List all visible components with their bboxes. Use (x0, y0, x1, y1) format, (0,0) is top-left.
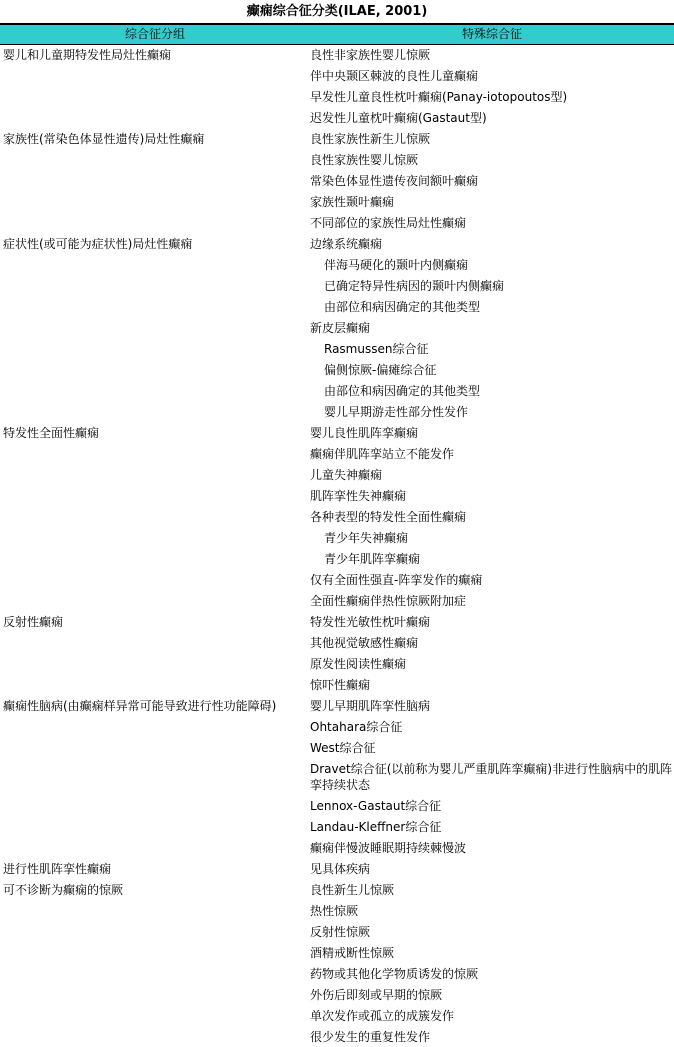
table-row: 已确定特异性病因的颞叶内侧癫痫 (0, 276, 674, 297)
syndrome-cell: 其他视觉敏感性癫痫 (310, 633, 674, 654)
table-row: 惊吓性癫痫 (0, 675, 674, 696)
syndrome-cell: 反射性惊厥 (310, 922, 674, 943)
table-row: 常染色体显性遗传夜间额叶癫痫 (0, 171, 674, 192)
syndrome-group-cell (0, 654, 310, 675)
table-row: 其他视觉敏感性癫痫 (0, 633, 674, 654)
table-row: 肌阵挛性失神癫痫 (0, 486, 674, 507)
syndrome-cell: 良性家族性新生儿惊厥 (310, 129, 674, 150)
table-row: 由部位和病因确定的其他类型 (0, 381, 674, 402)
syndrome-cell: 不同部位的家族性局灶性癫痫 (310, 213, 674, 234)
syndrome-cell: West综合征 (310, 738, 674, 759)
syndrome-group-cell: 反射性癫痫 (0, 612, 310, 633)
syndrome-group-cell (0, 570, 310, 591)
syndrome-cell: 热性惊厥 (310, 901, 674, 922)
table-row: 家族性(常染色体显性遗传)局灶性癫痫良性家族性新生儿惊厥 (0, 129, 674, 150)
syndrome-cell: Lennox-Gastaut综合征 (310, 796, 674, 817)
table-row: 癫痫伴慢波睡眠期持续棘慢波 (0, 838, 674, 859)
table-row: 各种表型的特发性全面性癫痫 (0, 507, 674, 528)
syndrome-group-cell (0, 964, 310, 985)
table-row: Landau-Kleffner综合征 (0, 817, 674, 838)
table-row: Ohtahara综合征 (0, 717, 674, 738)
syndrome-group-cell (0, 297, 310, 318)
syndrome-group-cell (0, 985, 310, 1006)
syndrome-group-cell (0, 381, 310, 402)
table-header: 综合征分组 特殊综合征 (0, 25, 674, 45)
syndrome-group-cell (0, 738, 310, 759)
syndrome-group-cell: 特发性全面性癫痫 (0, 423, 310, 444)
table-row: 婴儿早期游走性部分性发作 (0, 402, 674, 423)
table-row: 偏侧惊厥-偏瘫综合征 (0, 360, 674, 381)
table-row: 很少发生的重复性发作 (0, 1027, 674, 1047)
syndrome-cell: Dravet综合征(以前称为婴儿严重肌阵挛癫痫)非进行性脑病中的肌阵挛持续状态 (310, 761, 674, 793)
syndrome-cell: 药物或其他化学物质诱发的惊厥 (310, 964, 674, 985)
syndrome-group-cell (0, 796, 310, 817)
syndrome-group-cell (0, 276, 310, 297)
syndrome-group-cell (0, 444, 310, 465)
syndrome-cell: 早发性儿童良性枕叶癫痫(Panay-iotopoutos型) (310, 87, 674, 108)
syndrome-cell: Ohtahara综合征 (310, 717, 674, 738)
syndrome-group-cell (0, 465, 310, 486)
table-row: 儿童失神癫痫 (0, 465, 674, 486)
syndrome-cell: 儿童失神癫痫 (310, 465, 674, 486)
syndrome-group-cell (0, 761, 310, 793)
syndrome-group-cell: 家族性(常染色体显性遗传)局灶性癫痫 (0, 129, 310, 150)
syndrome-cell: 仅有全面性强直-阵挛发作的癫痫 (310, 570, 674, 591)
table-row: 外伤后即刻或早期的惊厥 (0, 985, 674, 1006)
syndrome-group-cell (0, 817, 310, 838)
table-row: 仅有全面性强直-阵挛发作的癫痫 (0, 570, 674, 591)
table-row: 进行性肌阵挛性癫痫见具体疾病 (0, 859, 674, 880)
syndrome-cell: 单次发作或孤立的成簇发作 (310, 1006, 674, 1027)
syndrome-group-cell (0, 318, 310, 339)
table-row: Rasmussen综合征 (0, 339, 674, 360)
table-row: 酒精戒断性惊厥 (0, 943, 674, 964)
syndrome-cell: 新皮层癫痫 (310, 318, 674, 339)
syndrome-cell: 癫痫伴肌阵挛站立不能发作 (310, 444, 674, 465)
syndrome-cell: 酒精戒断性惊厥 (310, 943, 674, 964)
syndrome-cell: 很少发生的重复性发作 (310, 1027, 674, 1047)
table-title: 癫痫综合征分类(ILAE, 2001) (0, 0, 674, 23)
syndrome-group-cell (0, 943, 310, 964)
table-row: 反射性惊厥 (0, 922, 674, 943)
table-row: 早发性儿童良性枕叶癫痫(Panay-iotopoutos型) (0, 87, 674, 108)
table-row: 反射性癫痫特发性光敏性枕叶癫痫 (0, 612, 674, 633)
syndrome-group-cell (0, 838, 310, 859)
syndrome-cell: 迟发性儿童枕叶癫痫(Gastaut型) (310, 108, 674, 129)
syndrome-group-cell (0, 1027, 310, 1047)
table-row: 伴中央颞区棘波的良性儿童癫痫 (0, 66, 674, 87)
syndrome-group-cell (0, 675, 310, 696)
table-row: 药物或其他化学物质诱发的惊厥 (0, 964, 674, 985)
syndrome-group-cell (0, 87, 310, 108)
syndrome-cell: 青少年肌阵挛癫痫 (310, 549, 674, 570)
syndrome-group-cell (0, 66, 310, 87)
syndrome-group-cell (0, 591, 310, 612)
syndrome-cell: 已确定特异性病因的颞叶内侧癫痫 (310, 276, 674, 297)
table-row: 新皮层癫痫 (0, 318, 674, 339)
syndrome-cell: 全面性癫痫伴热性惊厥附加症 (310, 591, 674, 612)
syndrome-group-cell (0, 901, 310, 922)
syndrome-group-cell (0, 213, 310, 234)
syndrome-cell: 良性非家族性婴儿惊厥 (310, 45, 674, 66)
syndrome-cell: 婴儿良性肌阵挛癫痫 (310, 423, 674, 444)
syndrome-cell: Landau-Kleffner综合征 (310, 817, 674, 838)
table-row: West综合征 (0, 738, 674, 759)
syndrome-cell: 特发性光敏性枕叶癫痫 (310, 612, 674, 633)
syndrome-cell: 癫痫伴慢波睡眠期持续棘慢波 (310, 838, 674, 859)
table-row: 青少年肌阵挛癫痫 (0, 549, 674, 570)
syndrome-cell: 边缘系统癫痫 (310, 234, 674, 255)
syndrome-cell: 常染色体显性遗传夜间额叶癫痫 (310, 171, 674, 192)
syndrome-group-cell (0, 486, 310, 507)
syndrome-group-cell (0, 360, 310, 381)
syndrome-cell: 各种表型的特发性全面性癫痫 (310, 507, 674, 528)
table-row: 原发性阅读性癫痫 (0, 654, 674, 675)
column-header-syndrome: 特殊综合征 (310, 25, 674, 44)
syndrome-group-cell: 婴儿和儿童期特发性局灶性癫痫 (0, 45, 310, 66)
syndrome-cell: 见具体疾病 (310, 859, 674, 880)
table-body: 婴儿和儿童期特发性局灶性癫痫良性非家族性婴儿惊厥伴中央颞区棘波的良性儿童癫痫早发… (0, 45, 674, 1047)
table-row: 全面性癫痫伴热性惊厥附加症 (0, 591, 674, 612)
syndrome-group-cell (0, 507, 310, 528)
syndrome-cell: 家族性颞叶癫痫 (310, 192, 674, 213)
syndrome-group-cell: 症状性(或可能为症状性)局灶性癫痫 (0, 234, 310, 255)
syndrome-group-cell (0, 633, 310, 654)
table-row: 单次发作或孤立的成簇发作 (0, 1006, 674, 1027)
table-row: 良性家族性婴儿惊厥 (0, 150, 674, 171)
table-row: 可不诊断为癫痫的惊厥良性新生儿惊厥 (0, 880, 674, 901)
syndrome-cell: Rasmussen综合征 (310, 339, 674, 360)
table-row: 家族性颞叶癫痫 (0, 192, 674, 213)
column-header-group: 综合征分组 (0, 25, 310, 44)
table-row: 伴海马硬化的颞叶内侧癫痫 (0, 255, 674, 276)
syndrome-group-cell (0, 339, 310, 360)
syndrome-cell: 由部位和病因确定的其他类型 (310, 381, 674, 402)
syndrome-group-cell (0, 1006, 310, 1027)
table-row: 由部位和病因确定的其他类型 (0, 297, 674, 318)
syndrome-cell: 婴儿早期肌阵挛性脑病 (310, 696, 674, 717)
syndrome-cell: 伴中央颞区棘波的良性儿童癫痫 (310, 66, 674, 87)
syndrome-cell: 婴儿早期游走性部分性发作 (310, 402, 674, 423)
syndrome-cell: 外伤后即刻或早期的惊厥 (310, 985, 674, 1006)
syndrome-group-cell (0, 922, 310, 943)
table-row: 迟发性儿童枕叶癫痫(Gastaut型) (0, 108, 674, 129)
syndrome-cell: 良性新生儿惊厥 (310, 880, 674, 901)
syndrome-cell: 肌阵挛性失神癫痫 (310, 486, 674, 507)
syndrome-cell: 惊吓性癫痫 (310, 675, 674, 696)
table-row: Lennox-Gastaut综合征 (0, 796, 674, 817)
table-row: 癫痫伴肌阵挛站立不能发作 (0, 444, 674, 465)
syndrome-cell: 伴海马硬化的颞叶内侧癫痫 (310, 255, 674, 276)
syndrome-table: 综合征分组 特殊综合征 婴儿和儿童期特发性局灶性癫痫良性非家族性婴儿惊厥伴中央颞… (0, 23, 674, 1047)
table-row: 青少年失神癫痫 (0, 528, 674, 549)
table-row: 婴儿和儿童期特发性局灶性癫痫良性非家族性婴儿惊厥 (0, 45, 674, 66)
syndrome-group-cell (0, 192, 310, 213)
syndrome-group-cell (0, 150, 310, 171)
syndrome-group-cell (0, 171, 310, 192)
table-row: 癫痫性脑病(由癫痫样异常可能导致进行性功能障碍)婴儿早期肌阵挛性脑病 (0, 696, 674, 717)
syndrome-cell: 原发性阅读性癫痫 (310, 654, 674, 675)
syndrome-group-cell: 进行性肌阵挛性癫痫 (0, 859, 310, 880)
syndrome-cell: 由部位和病因确定的其他类型 (310, 297, 674, 318)
syndrome-cell: 良性家族性婴儿惊厥 (310, 150, 674, 171)
table-row: 特发性全面性癫痫婴儿良性肌阵挛癫痫 (0, 423, 674, 444)
table-row: 不同部位的家族性局灶性癫痫 (0, 213, 674, 234)
syndrome-group-cell (0, 549, 310, 570)
syndrome-group-cell (0, 108, 310, 129)
syndrome-group-cell (0, 528, 310, 549)
syndrome-group-cell (0, 402, 310, 423)
syndrome-group-cell: 癫痫性脑病(由癫痫样异常可能导致进行性功能障碍) (0, 696, 310, 717)
table-row: Dravet综合征(以前称为婴儿严重肌阵挛癫痫)非进行性脑病中的肌阵挛持续状态 (0, 759, 674, 796)
syndrome-group-cell (0, 255, 310, 276)
syndrome-group-cell: 可不诊断为癫痫的惊厥 (0, 880, 310, 901)
syndrome-group-cell (0, 717, 310, 738)
syndrome-cell: 偏侧惊厥-偏瘫综合征 (310, 360, 674, 381)
table-row: 热性惊厥 (0, 901, 674, 922)
table-row: 症状性(或可能为症状性)局灶性癫痫边缘系统癫痫 (0, 234, 674, 255)
syndrome-cell: 青少年失神癫痫 (310, 528, 674, 549)
